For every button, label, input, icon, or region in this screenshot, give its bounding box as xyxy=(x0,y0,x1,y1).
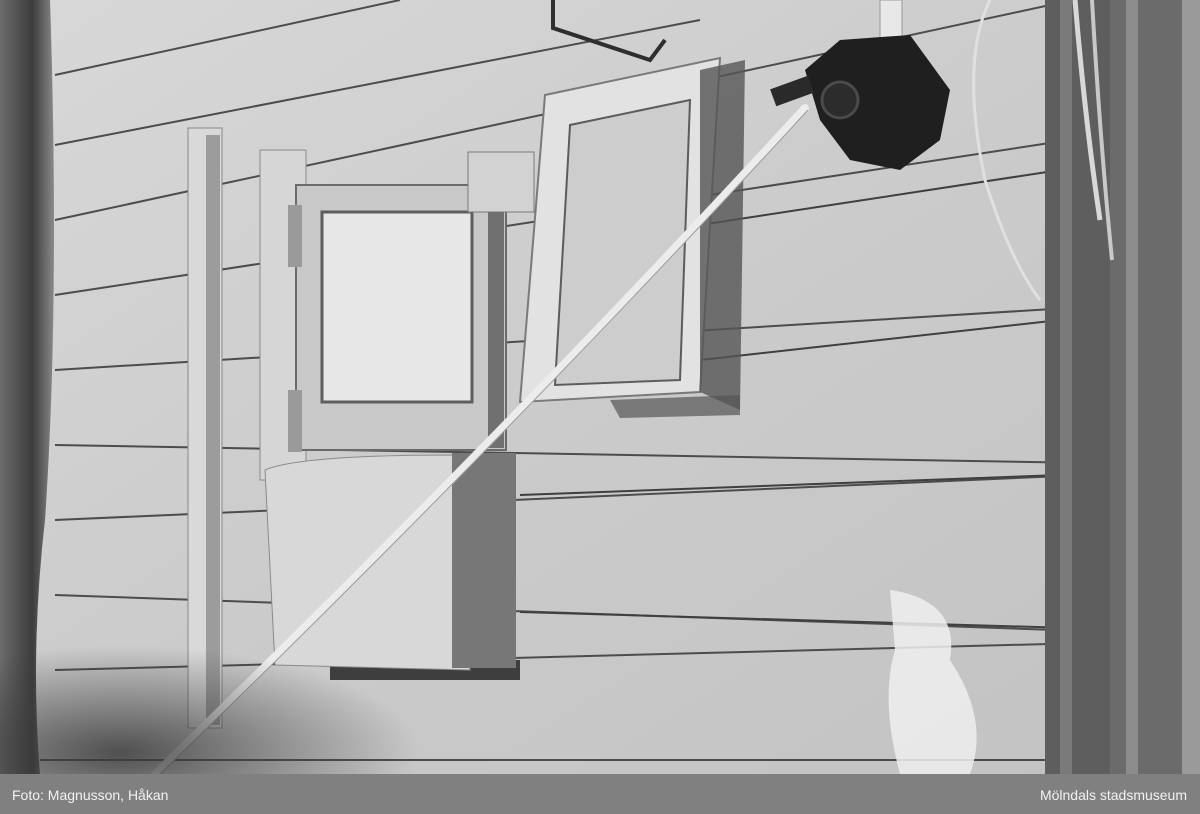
photographer-credit: Foto: Magnusson, Håkan xyxy=(12,787,168,803)
hinge-bottom xyxy=(288,390,302,452)
framed-mirror xyxy=(520,58,745,418)
window-hatch xyxy=(260,150,534,480)
caption-bar: Foto: Magnusson, Håkan Mölndals stadsmus… xyxy=(0,774,1200,814)
institution-credit: Mölndals stadsmuseum xyxy=(1040,787,1187,803)
floor-shadow xyxy=(0,560,600,774)
archival-photo xyxy=(0,0,1200,774)
wall-scene xyxy=(0,0,1200,774)
hinge-top xyxy=(288,205,302,267)
vertical-pipes xyxy=(1045,0,1200,774)
